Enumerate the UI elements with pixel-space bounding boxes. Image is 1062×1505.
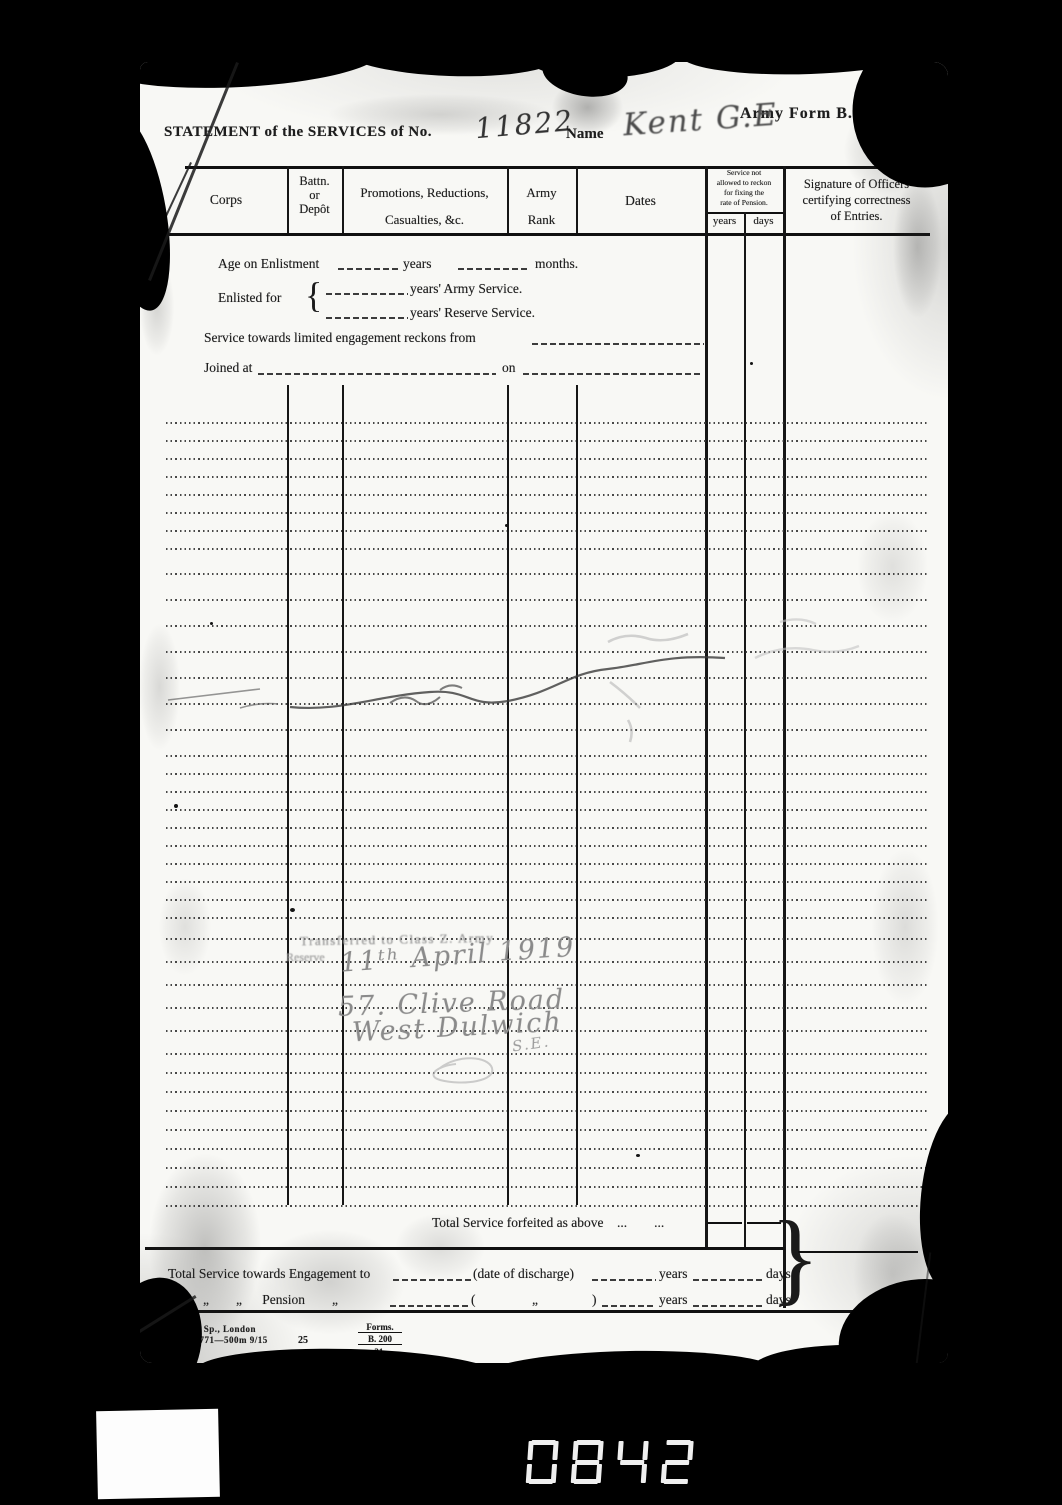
segment [666,1440,690,1445]
segment [597,1441,603,1460]
ruled-line [166,863,928,865]
segment [575,1460,599,1465]
ruled-line [166,899,928,901]
ink-stain [845,492,940,642]
ruled-line [166,1186,928,1188]
ruled-line [166,791,928,793]
blank-line [693,1305,763,1307]
ruled-line [166,476,928,478]
scan-background: Army Form B. 200. STATEMENT of the SERVI… [0,0,1062,1505]
ruled-line [166,809,928,811]
blank-line [532,343,704,345]
segment [687,1441,693,1460]
ruled-line [166,677,928,679]
ink-speck [174,804,178,808]
ruled-line [166,512,928,514]
segment [574,1479,598,1484]
column-header-promotions: Promotions, Reductions, Casualties, &c. [342,179,507,233]
counter-digit [616,1440,649,1484]
pension-days-label: days [766,1292,791,1308]
table-top-border [185,166,930,169]
ruled-line [166,755,928,757]
column-header-days: days [744,215,783,227]
enlisted-for-label: Enlisted for [218,290,281,306]
segment [552,1441,558,1460]
segment [664,1479,688,1484]
engagement-years-label: years [659,1266,687,1282]
blank-line [258,373,496,375]
ruled-line [166,917,928,919]
segment [665,1460,689,1465]
segment [576,1440,600,1445]
segment [642,1441,648,1460]
enlisted-for-brace: { [305,274,322,316]
ruled-line [166,625,928,627]
body-column-line [342,385,344,1205]
ruled-line [166,494,928,496]
class-z-stamp-word: Reserve [286,950,325,965]
column-header-pension-note: Service not allowed to reckon for fixing… [705,168,783,208]
ruled-line [166,729,928,731]
ruled-line [166,881,928,883]
blank-line [326,317,408,319]
ruled-line [166,1072,928,1074]
segment [527,1441,533,1460]
ink-speck [505,524,508,527]
torn-edge [140,62,381,94]
ruled-line [166,599,928,601]
segment [529,1479,553,1484]
body-column-line [287,385,289,1205]
ink-speck [210,622,213,625]
torn-edge [339,62,561,80]
forfeited-cell-line [707,1222,742,1224]
segment [531,1440,555,1445]
segment [620,1460,644,1465]
ruled-line [166,422,928,424]
ruled-line [166,1167,928,1169]
blank-line [338,268,400,270]
age-months-label: months. [535,256,578,272]
name-handwritten: Kent G.E [622,97,779,144]
blank-line [326,293,408,295]
ruled-line [166,1148,928,1150]
pension-paren-open: ( [471,1292,476,1308]
ruled-line [166,548,928,550]
ruled-line [166,573,928,575]
column-header-rank: Army Rank [507,179,576,233]
ruled-line [166,845,928,847]
ruled-line [166,1129,928,1131]
counter-display [525,1440,728,1490]
ink-speck [750,362,753,365]
ink-speck [636,1154,640,1157]
blank-line [693,1279,763,1281]
ruled-line [166,827,928,829]
pension-years-label: years [659,1292,687,1308]
counter-digit [526,1440,559,1484]
pension-paren-close: ) [592,1292,597,1308]
column-header-years: years [705,215,744,227]
joined-on-label: on [502,360,516,376]
ink-stain [150,862,220,992]
pencil-scrawl [390,685,462,704]
limited-engagement-label: Service towards limited engagement recko… [204,330,476,346]
pension-column-left-line [705,166,708,1247]
counter-digit [571,1440,604,1484]
ruled-line [166,773,928,775]
pencil-squiggle [433,1058,492,1082]
blank-line [458,268,530,270]
ink-speck [290,908,295,912]
blank-line [592,1279,656,1281]
engagement-days-label: days [766,1266,791,1282]
torn-edge [480,1348,781,1363]
ruled-line [166,458,928,460]
white-card [96,1409,220,1500]
body-column-line [576,385,578,1205]
segment [572,1441,578,1460]
ruled-line [166,1053,928,1055]
ruled-line [166,530,928,532]
blank-line [602,1305,656,1307]
ruled-line [166,1091,928,1093]
ink-stain [140,602,187,772]
reserve-service-label: years' Reserve Service. [410,305,535,321]
blank-line [523,373,703,375]
document-page: Army Form B. 200. STATEMENT of the SERVI… [140,62,948,1363]
ink-stain [860,822,948,1032]
pension-ditto: „ [532,1292,538,1308]
age-years-label: years [403,256,431,272]
table-header-bottom-border [164,233,930,236]
joined-at-label: Joined at [204,360,252,376]
crease-line [148,62,239,281]
army-service-label: years' Army Service. [410,281,522,297]
column-header-battn: Battn. or Depôt [287,174,342,216]
ink-stain [380,1202,500,1292]
column-header-dates: Dates [576,193,705,209]
pension-column-right-line [783,166,786,1308]
ruled-line [166,703,928,705]
age-on-enlistment-label: Age on Enlistment [218,256,319,272]
body-column-line [507,385,509,1205]
ruled-line [166,1110,928,1112]
ruled-line [166,440,928,442]
ruled-line [166,651,928,653]
segment [641,1464,647,1483]
segment [617,1441,623,1460]
counter-digit [661,1440,694,1484]
